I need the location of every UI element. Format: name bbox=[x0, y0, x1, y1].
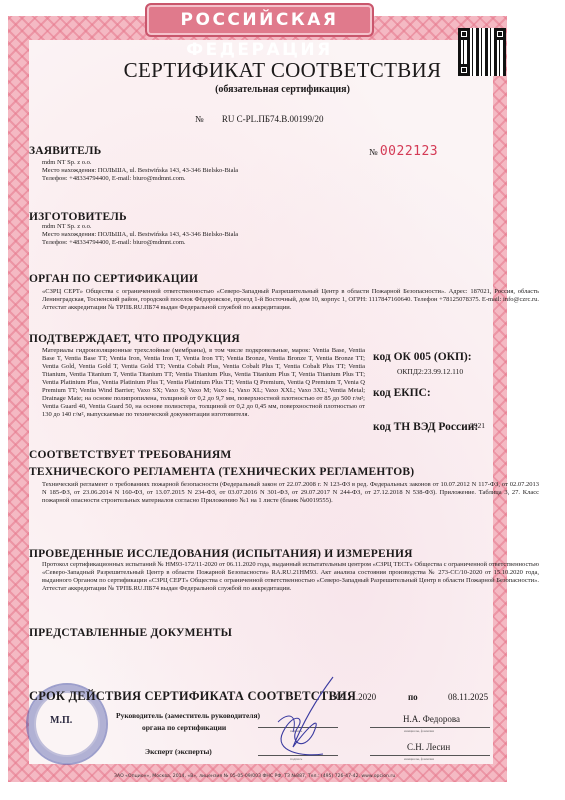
manufacturer-name: mdm NT Sp. z o.o. bbox=[42, 223, 92, 231]
number-sign: № bbox=[369, 147, 378, 157]
qr-finder-icon bbox=[494, 28, 506, 40]
head-label-line2: органа по сертификации bbox=[142, 723, 226, 732]
okp-code-label: код ОК 005 (ОКП): bbox=[373, 351, 472, 363]
stamp-label: М.П. bbox=[50, 715, 72, 726]
expert-label: Эксперт (эксперты) bbox=[145, 747, 212, 756]
head-name-line bbox=[370, 727, 490, 728]
validity-to-label: по bbox=[408, 692, 418, 702]
head-name: Н.А. Федорова bbox=[403, 714, 460, 724]
expert-name: С.Н. Лесин bbox=[407, 742, 450, 752]
blank-number-value: 0022123 bbox=[380, 144, 438, 159]
tests-heading: ПРОВЕДЕННЫЕ ИССЛЕДОВАНИЯ (ИСПЫТАНИЯ) И И… bbox=[29, 548, 413, 560]
applicant-address: Место нахождения: ПОЛЬША, ul. Bestwińska… bbox=[42, 167, 238, 175]
qr-finder-icon bbox=[458, 28, 470, 40]
handwritten-signature-icon bbox=[263, 672, 353, 762]
blank-number: № 0022123 bbox=[369, 144, 438, 159]
compliance-heading-line2: ТЕХНИЧЕСКОГО РЕГЛАМЕНТА (ТЕХНИЧЕСКИХ РЕГ… bbox=[29, 466, 414, 478]
tnved-code-label: код ТН ВЭД России: bbox=[373, 421, 478, 433]
product-heading: ПОДТВЕРЖДАЕТ, ЧТО ПРОДУКЦИЯ bbox=[29, 333, 240, 345]
applicant-name: mdm NT Sp. z o.o. bbox=[42, 159, 92, 167]
manufacturer-contacts: Телефон: +48334794400, E-mail: biuro@mdm… bbox=[42, 239, 186, 247]
product-text: Материалы гидроизоляционные трехслойные … bbox=[42, 347, 365, 419]
validity-to-date: 08.11.2025 bbox=[448, 692, 488, 702]
ekps-code-label: код ЕКПС: bbox=[373, 387, 431, 399]
expert-name-line bbox=[370, 755, 490, 756]
number-sign: № bbox=[195, 114, 204, 124]
tests-text: Протокол сертификационных испытаний № НМ… bbox=[42, 561, 539, 593]
country-banner: РОССИЙСКАЯ ФЕДЕРАЦИЯ bbox=[145, 3, 374, 37]
document-title: СЕРТИФИКАТ СООТВЕТСТВИЯ bbox=[0, 58, 565, 83]
applicant-contacts: Телефон: +48334794400, E-mail: biuro@mdm… bbox=[42, 175, 186, 183]
compliance-heading-line1: СООТВЕТСТВУЕТ ТРЕБОВАНИЯМ bbox=[29, 449, 231, 461]
head-label: Руководитель (заместитель руководителя) bbox=[116, 711, 260, 720]
certificate-number-value: RU C-PL.ПБ74.В.00199/20 bbox=[222, 114, 324, 124]
name-caption: инициалы, фамилия bbox=[404, 729, 434, 733]
tnved-value: 3921 bbox=[470, 421, 485, 430]
compliance-text: Технический регламент о требованиях пожа… bbox=[42, 481, 539, 505]
applicant-heading: ЗАЯВИТЕЛЬ bbox=[29, 145, 101, 157]
manufacturer-heading: ИЗГОТОВИТЕЛЬ bbox=[29, 211, 127, 223]
certification-body-heading: ОРГАН ПО СЕРТИФИКАЦИИ bbox=[29, 273, 198, 285]
okpd2-label: ОКПД2: bbox=[397, 367, 424, 376]
certificate-number: № RU C-PL.ПБ74.В.00199/20 bbox=[195, 114, 324, 124]
document-subtitle: (обязательная сертификация) bbox=[0, 84, 565, 95]
name-caption: инициалы, фамилия bbox=[404, 757, 434, 761]
documents-heading: ПРЕДСТАВЛЕННЫЕ ДОКУМЕНТЫ bbox=[29, 627, 232, 639]
printer-footer: ЗАО «Опцион», Москва, 2014, «В», лицензи… bbox=[114, 774, 395, 779]
manufacturer-address: Место нахождения: ПОЛЬША, ul. Bestwińska… bbox=[42, 231, 238, 239]
certification-body-text: «СЗРЦ СЕРТ» Общества с ограниченной отве… bbox=[42, 288, 539, 312]
okpd2-value: 23.99.12.110 bbox=[424, 367, 463, 376]
